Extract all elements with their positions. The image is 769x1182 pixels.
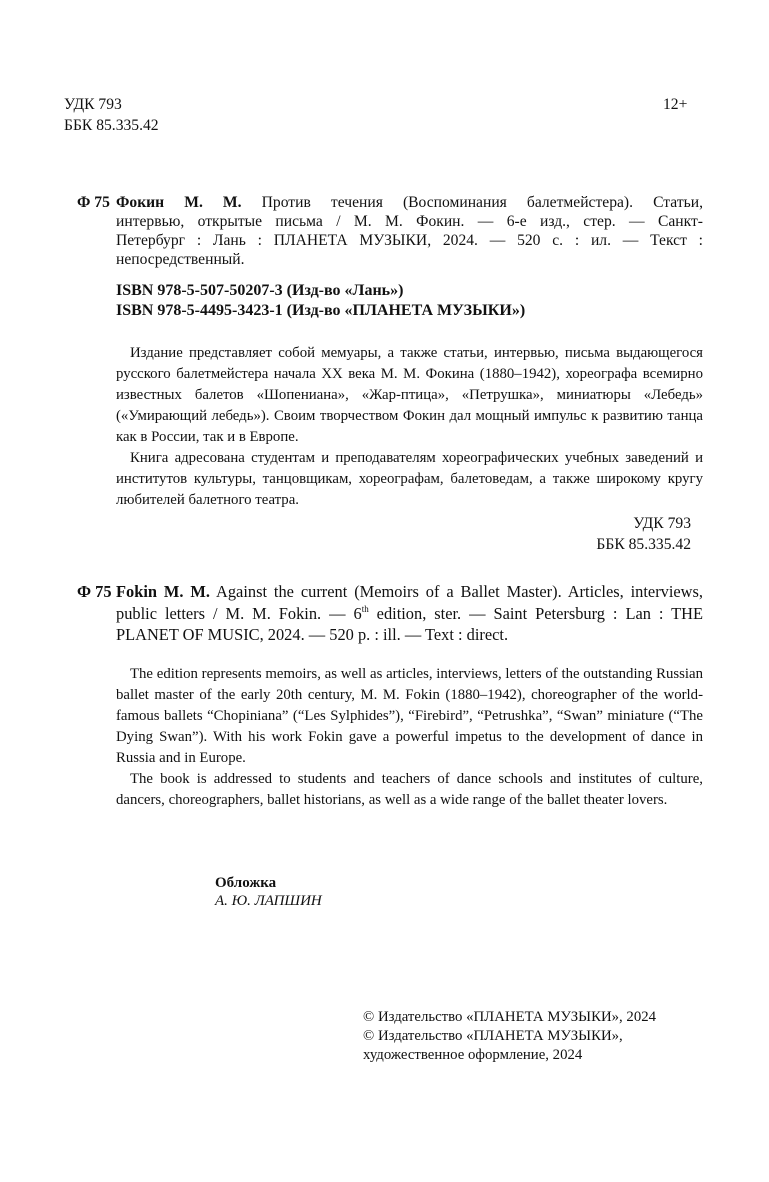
cover-label: Обложка [215,874,322,892]
copyright-block: © Издательство «ПЛАНЕТА МУЗЫКИ», 2024 © … [363,1008,656,1065]
classification-block: УДК 793 ББК 85.335.42 [596,513,691,555]
en-annotation-paragraph: The edition represents memoirs, as well … [116,664,703,769]
isbn-planet-of-music: ISBN 978-5-4495-3423-1 (Изд-во «ПЛАНЕТА … [116,301,525,321]
udk-code: УДК 793 [64,95,122,114]
copyright-line: © Издательство «ПЛАНЕТА МУЗЫКИ», 2024 [363,1008,656,1027]
age-rating: 12+ [663,95,687,114]
ru-record-line-1: Фокин М. М. Против течения (Воспоминания… [116,193,703,212]
ru-bibliographic-record: Фокин М. М. Против течения (Воспоминания… [116,193,703,269]
isbn-lan: ISBN 978-5-507-50207-3 (Изд-во «Лань») [116,281,525,301]
bbk-code-repeat: ББК 85.335.42 [596,534,691,555]
en-bibliographic-record: Fokin M. M. Against the current (Memoirs… [116,581,703,646]
copyright-line: художественное оформление, 2024 [363,1046,656,1065]
bbk-code: ББК 85.335.42 [64,116,159,135]
isbn-block: ISBN 978-5-507-50207-3 (Изд-во «Лань») I… [116,281,525,321]
cover-artist: А. Ю. ЛАПШИН [215,892,322,910]
ru-author-name: Фокин М. М. [116,194,242,211]
udk-code-repeat: УДК 793 [596,513,691,534]
cover-credit: Обложка А. Ю. ЛАПШИН [215,874,322,910]
en-author-name: Fokin M. M. [116,582,210,601]
ru-annotation-paragraph: Книга адресована студентам и преподавате… [116,448,703,511]
ru-annotation-paragraph: Издание представляет собой мемуары, а та… [116,343,703,448]
en-annotation: The edition represents memoirs, as well … [116,664,703,811]
en-annotation-paragraph: The book is addressed to students and te… [116,769,703,811]
ru-record-line-4: непосредственный. [116,250,703,269]
ru-annotation: Издание представляет собой мемуары, а та… [116,343,703,511]
ru-author-mark: Ф 75 [77,193,110,212]
en-author-mark: Ф 75 [77,581,112,603]
ru-record-line-2: интервью, открытые письма / М. М. Фокин.… [116,212,703,231]
copyright-line: © Издательство «ПЛАНЕТА МУЗЫКИ», [363,1027,656,1046]
ru-record-line-3: Петербург : Лань : ПЛАНЕТА МУЗЫКИ, 2024.… [116,231,703,250]
